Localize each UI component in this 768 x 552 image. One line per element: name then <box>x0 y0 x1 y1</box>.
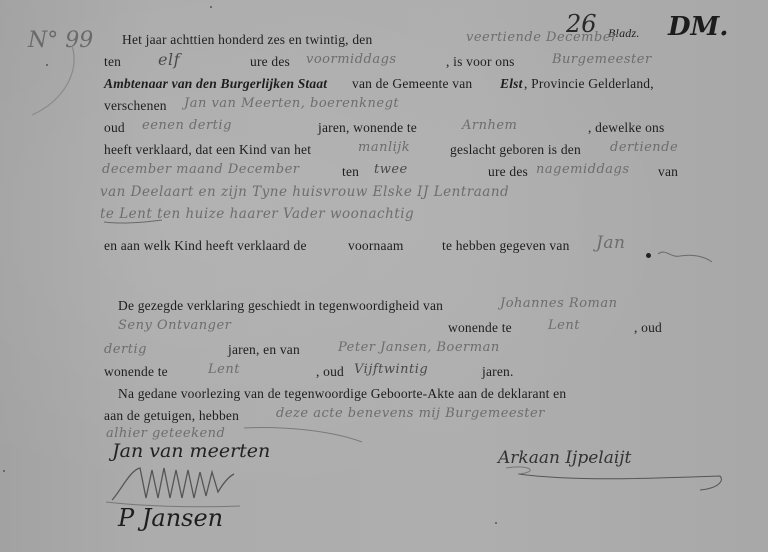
margin-flourish <box>20 40 90 120</box>
handwritten-birth-month: december maand December <box>102 162 299 177</box>
printed-text: voornaam <box>348 238 404 254</box>
printed-text: aan de getuigen, hebben <box>104 408 239 424</box>
handwritten-birth-hour: twee <box>374 162 408 177</box>
handwritten-birth-day: dertiende <box>610 140 678 155</box>
handwritten-witness1-residence: Lent <box>548 318 580 333</box>
printed-text: heeft verklaard, dat een Kind van het <box>104 142 311 158</box>
handwritten-hour: elf <box>158 50 180 69</box>
handwritten-parents-line-1: van Deelaart en zijn Tyne huisvrouw Elsk… <box>100 184 509 200</box>
handwritten-witness1-occupation: Seny Ontvanger <box>118 318 231 333</box>
handwritten-birth-time-of-day: nagemiddags <box>536 162 630 177</box>
printed-text: en aan welk Kind heeft verklaard de <box>104 238 307 254</box>
ink-dot <box>646 253 651 258</box>
underline-stroke <box>100 214 170 226</box>
printed-text: van <box>658 164 678 180</box>
paper-speck <box>3 470 5 472</box>
handwritten-signing-note-2: alhier geteekend <box>106 426 225 441</box>
printed-text: , oud <box>316 364 344 380</box>
printed-text: , is voor ons <box>446 54 515 70</box>
handwritten-date: veertiende December <box>466 30 618 45</box>
printed-text: jaren. <box>482 364 514 380</box>
printed-text: , Provincie Gelderland, <box>524 76 654 92</box>
paper-speck <box>210 6 212 8</box>
signature-witness2: P Jansen <box>118 504 223 532</box>
handwritten-witness2-age: Vijftwintig <box>354 362 428 377</box>
printed-text: te hebben gegeven van <box>442 238 570 254</box>
signature-official: Arkaan Ijpelaijt <box>498 448 631 468</box>
printed-text: Elst <box>500 76 523 92</box>
handwritten-witness1-name: Johannes Roman <box>500 296 617 311</box>
printed-text: Het jaar achttien honderd zes en twintig… <box>122 32 372 48</box>
handwritten-witness1-age: dertig <box>104 342 147 357</box>
printed-text: De gezegde verklaring geschiedt in tegen… <box>118 298 443 314</box>
handwritten-age: eenen dertig <box>142 118 232 133</box>
printed-text: oud <box>104 120 125 136</box>
signature-flourish <box>500 466 730 496</box>
handwritten-declarant: Jan van Meerten, boerenknegt <box>184 96 399 111</box>
printed-text: wonende te <box>104 364 168 380</box>
handwritten-witness2-name: Peter Jansen, Boerman <box>338 340 500 355</box>
printed-text: ure des <box>488 164 528 180</box>
printed-text: Na gedane voorlezing van de tegenwoordig… <box>118 386 566 402</box>
printed-text: , oud <box>634 320 662 336</box>
paper-speck <box>46 64 48 66</box>
handwritten-witness2-residence: Lent <box>208 362 240 377</box>
printed-text: van de Gemeente van <box>352 76 472 92</box>
paper-speck <box>495 522 497 524</box>
handwritten-given-name: Jan <box>596 233 625 253</box>
printed-text: jaren, en van <box>228 342 300 358</box>
signature-witness1 <box>100 462 240 508</box>
handwritten-sex: manlijk <box>358 140 410 155</box>
printed-text: geslacht geboren is den <box>450 142 581 158</box>
printed-text: ten <box>342 164 359 180</box>
printed-text: ten <box>104 54 121 70</box>
flourish-stroke <box>656 244 716 266</box>
handwritten-official-title: Burgemeester <box>552 52 652 67</box>
handwritten-residence: Arnhem <box>462 118 517 133</box>
printed-text: , dewelke ons <box>588 120 664 136</box>
printed-text: wonende te <box>448 320 512 336</box>
printed-text: Ambtenaar van den Burgerlijken Staat <box>104 76 327 92</box>
handwritten-time-of-day: voormiddags <box>306 52 397 67</box>
handwritten-signing-note-1: deze acte benevens mij Burgemeester <box>276 406 545 421</box>
signature-declarant: Jan van meerten <box>112 440 270 462</box>
printed-text: ure des <box>250 54 290 70</box>
printed-text: jaren, wonende te <box>318 120 417 136</box>
printed-text: verschenen <box>104 98 167 114</box>
initials: DM. <box>668 12 728 42</box>
